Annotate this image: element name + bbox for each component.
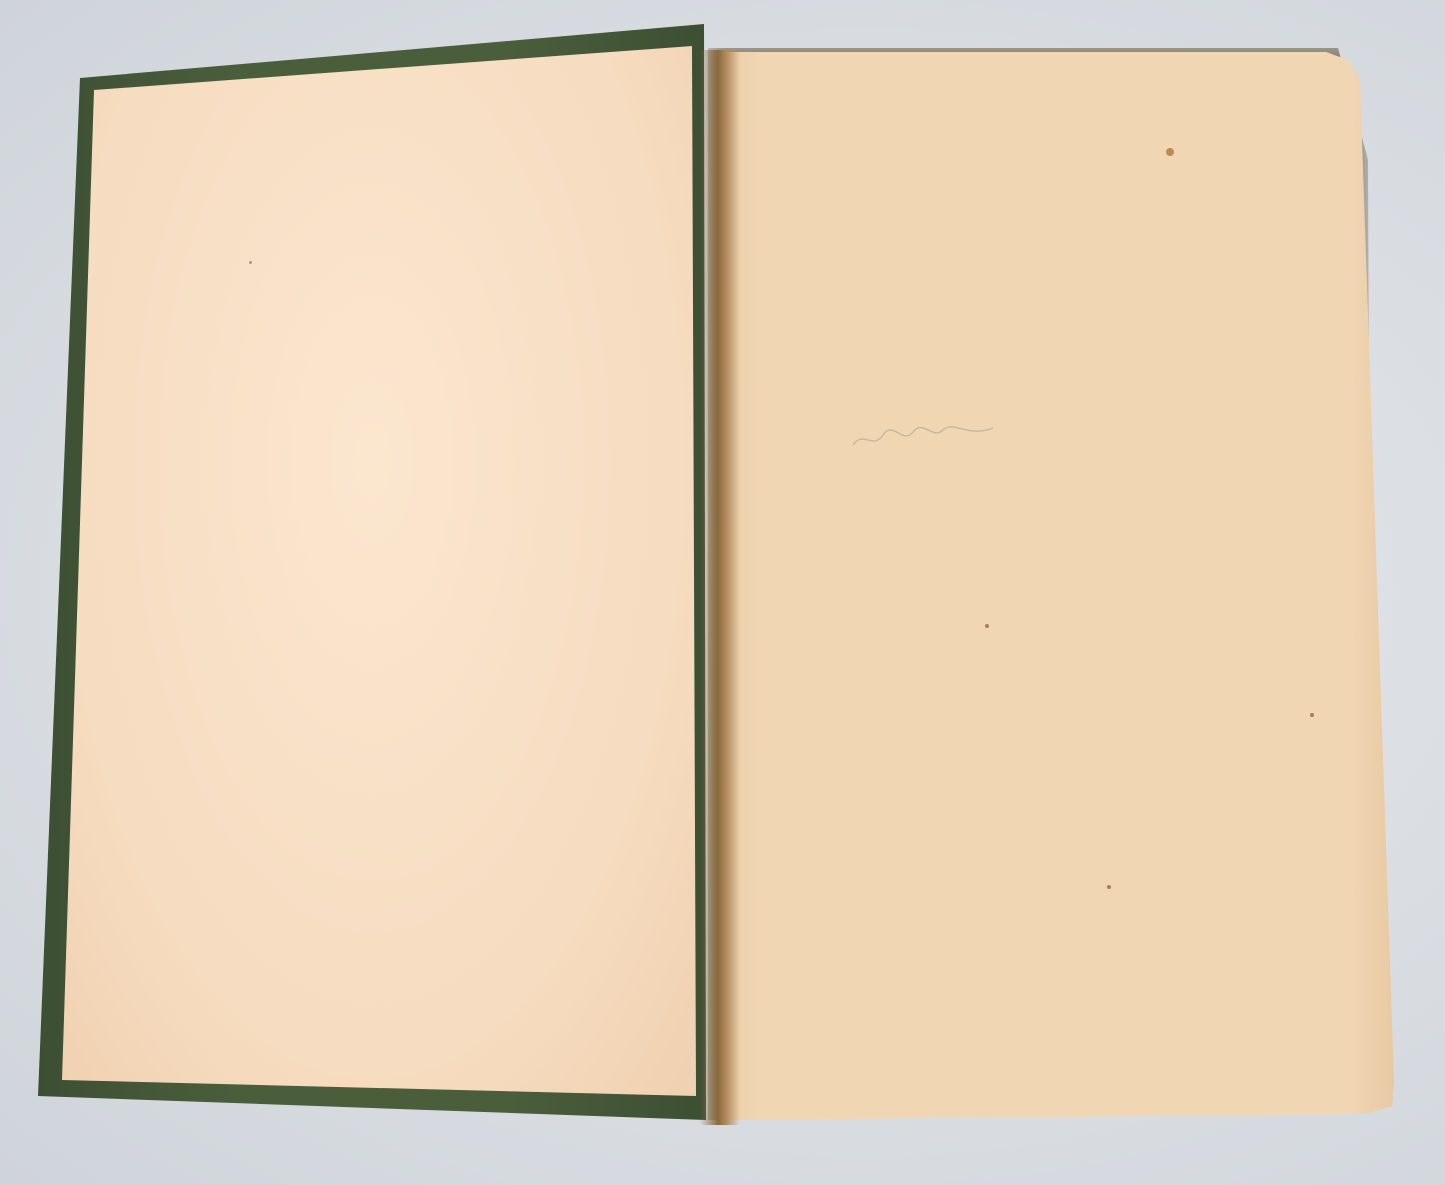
left-endpaper	[38, 22, 706, 1122]
book-gutter-shadow	[700, 50, 740, 1125]
faint-pencil-mark	[848, 410, 998, 460]
right-flyleaf-page	[716, 52, 1406, 1127]
foxing-spot	[1166, 148, 1174, 156]
foxing-spot	[985, 624, 989, 628]
foxing-spot	[1310, 713, 1314, 717]
foxing-spot	[1107, 885, 1111, 889]
photo-scene	[0, 0, 1445, 1185]
foxing-spot	[249, 261, 252, 264]
